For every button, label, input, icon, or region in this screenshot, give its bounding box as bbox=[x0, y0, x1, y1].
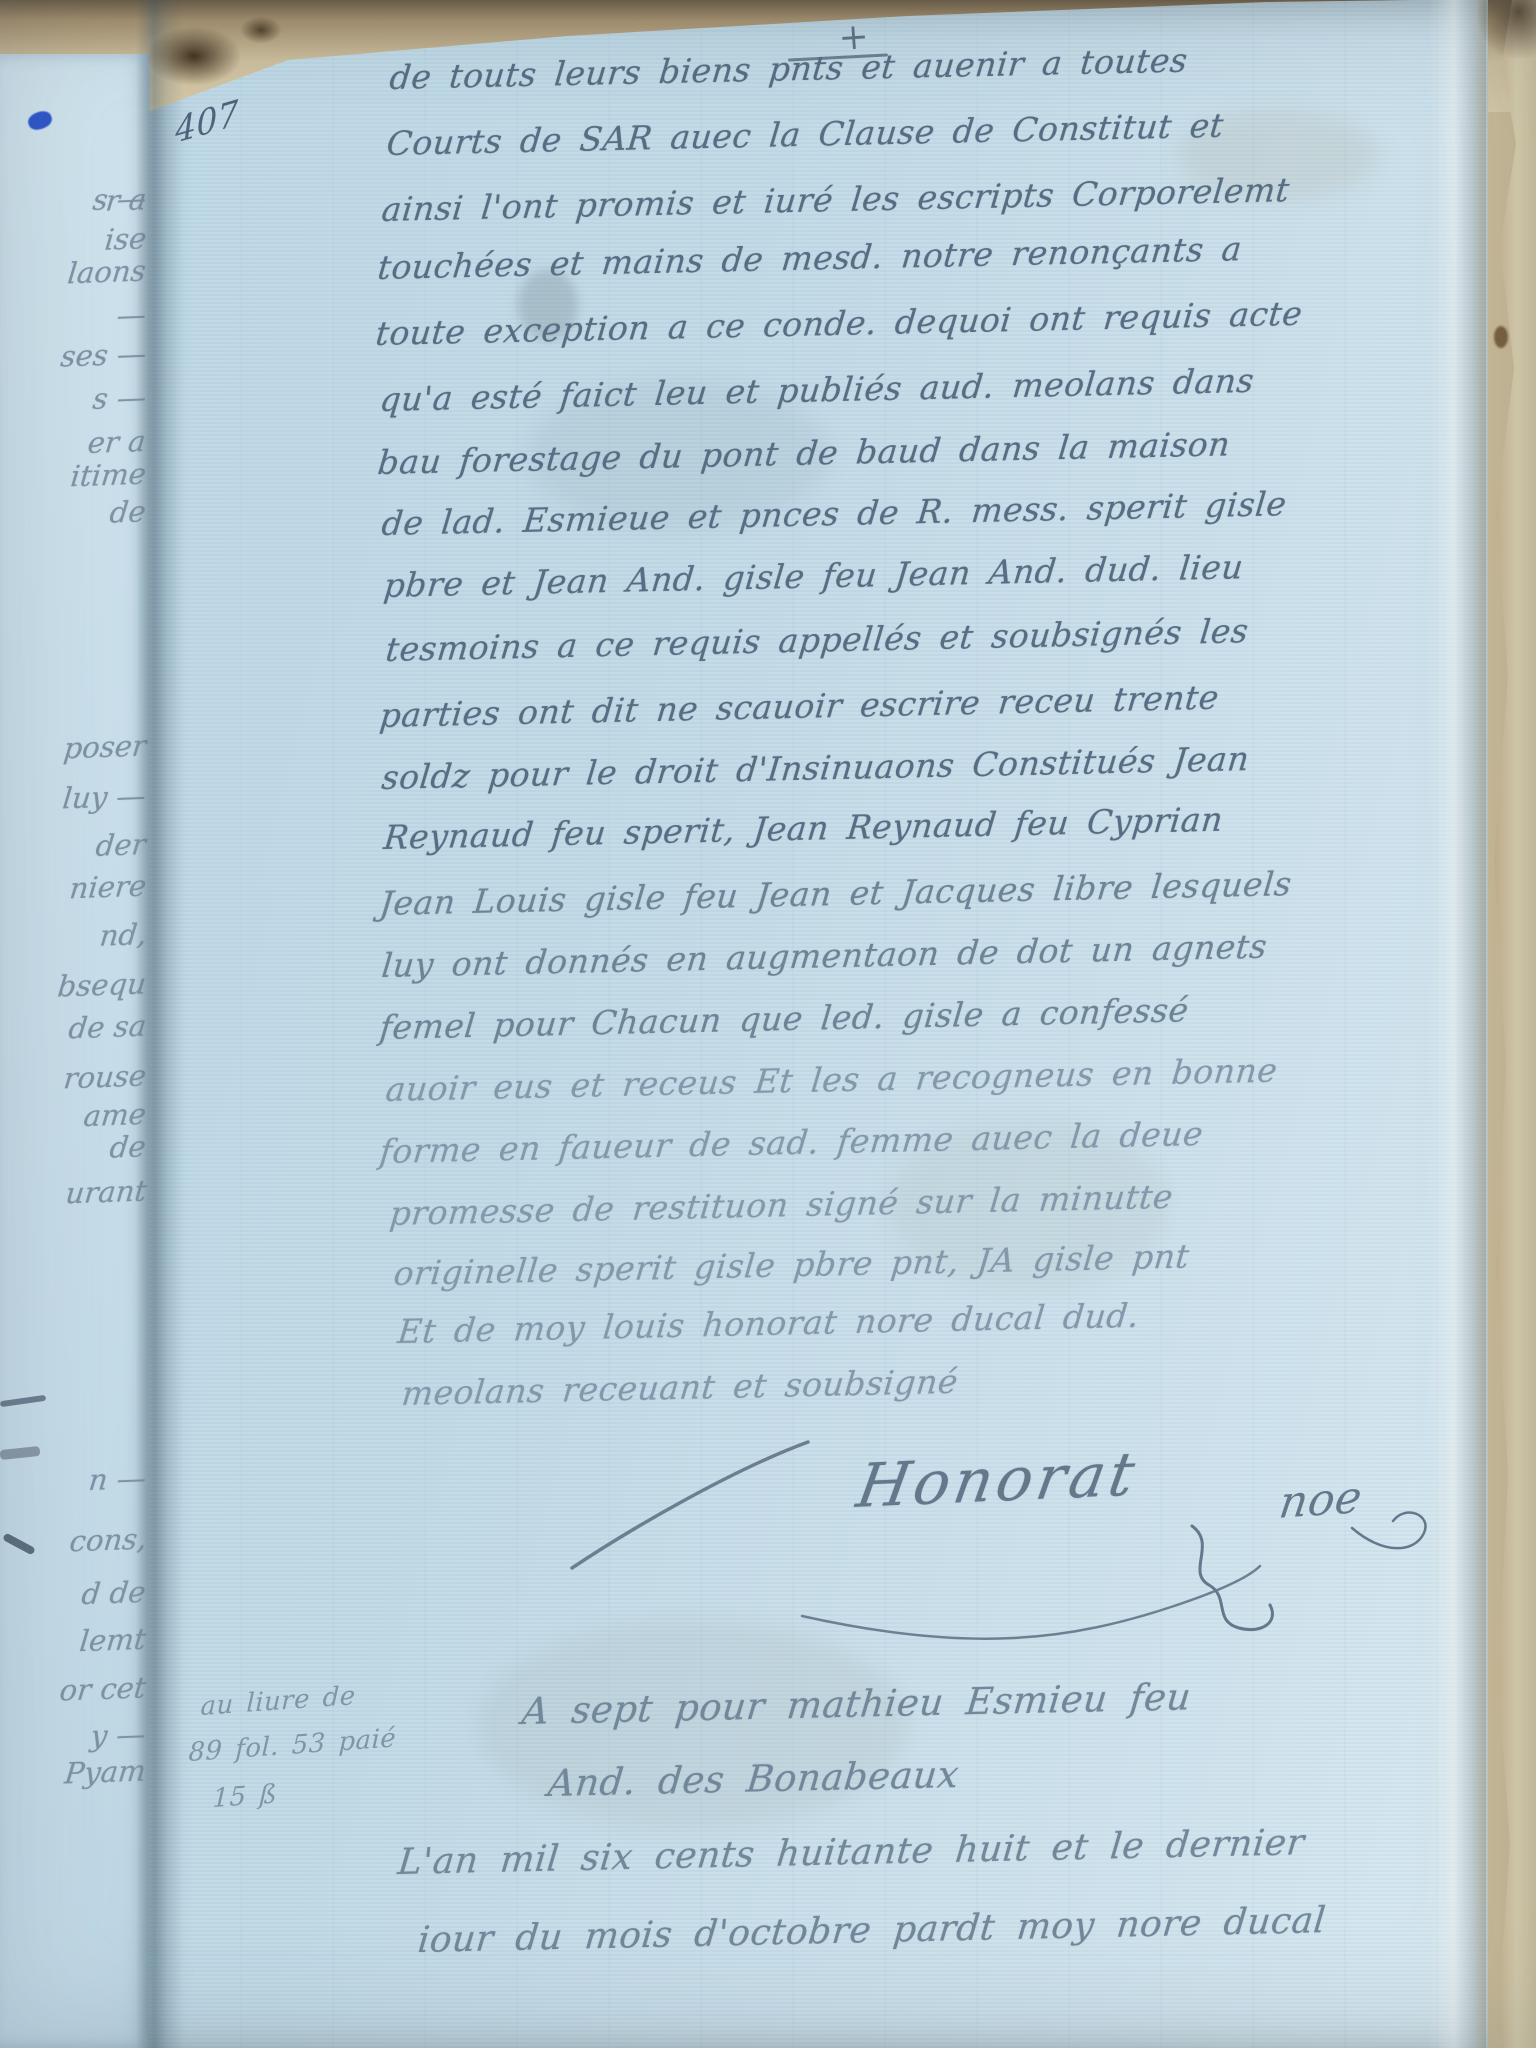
signature-flourish-icon bbox=[552, 1408, 1452, 1648]
gutter-shadow bbox=[136, 0, 184, 2048]
signature-slash bbox=[572, 1442, 808, 1568]
left-page-fragment: or cet bbox=[58, 1671, 148, 1708]
fore-edge-shadow bbox=[1478, 0, 1536, 58]
left-page-fragment: luy — bbox=[61, 779, 148, 816]
blue-mark bbox=[26, 108, 54, 132]
left-page: s — r a ise laons — ses — s — er a itime… bbox=[0, 54, 150, 2048]
signature-paraph bbox=[1192, 1526, 1272, 1630]
ink-blot bbox=[0, 1395, 46, 1407]
signature-end-flourish bbox=[1352, 1513, 1425, 1549]
signature-suffix: noe bbox=[1276, 1472, 1365, 1529]
ink-blot bbox=[240, 16, 282, 44]
ink-blot bbox=[146, 26, 242, 86]
ink-blot bbox=[2, 1532, 36, 1555]
page-edge-curl bbox=[1428, 0, 1486, 2048]
edge-speck bbox=[1494, 326, 1508, 348]
signature-name: Honorat bbox=[852, 1439, 1143, 1522]
left-page-fragment: ses — bbox=[59, 337, 148, 374]
manuscript-photo: s — r a ise laons — ses — s — er a itime… bbox=[0, 0, 1536, 2048]
margin-note-line: 15 ß bbox=[212, 1779, 278, 1814]
signature-underline bbox=[802, 1566, 1260, 1639]
bottom-section-line: And. des Bonabeaux bbox=[546, 1753, 961, 1805]
left-page-fragment: bsequ bbox=[56, 966, 148, 1003]
ink-blot bbox=[0, 1446, 40, 1460]
